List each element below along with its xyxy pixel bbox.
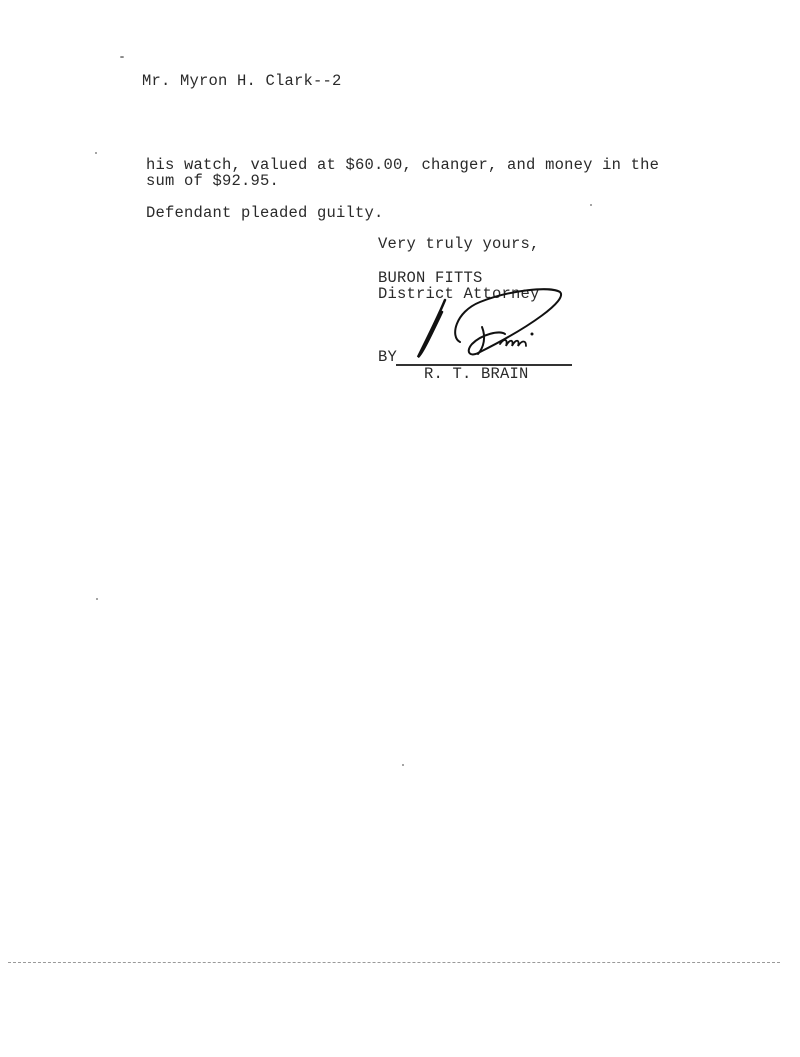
paper-speck	[402, 764, 404, 766]
paper-speck	[120, 56, 124, 58]
paper-speck	[96, 598, 98, 600]
closing-salutation: Very truly yours,	[378, 236, 540, 252]
paper-speck	[95, 152, 97, 154]
by-label: BY	[378, 349, 397, 365]
paper-speck	[590, 204, 592, 206]
page-edge-divider	[8, 962, 780, 963]
body-paragraph-1-line-1: his watch, valued at $60.00, changer, an…	[146, 157, 659, 173]
page-heading: Mr. Myron H. Clark--2	[142, 73, 342, 89]
body-paragraph-2: Defendant pleaded guilty.	[146, 205, 384, 221]
body-paragraph-1-line-2: sum of $92.95.	[146, 173, 279, 189]
handwritten-signature-icon	[410, 282, 580, 372]
